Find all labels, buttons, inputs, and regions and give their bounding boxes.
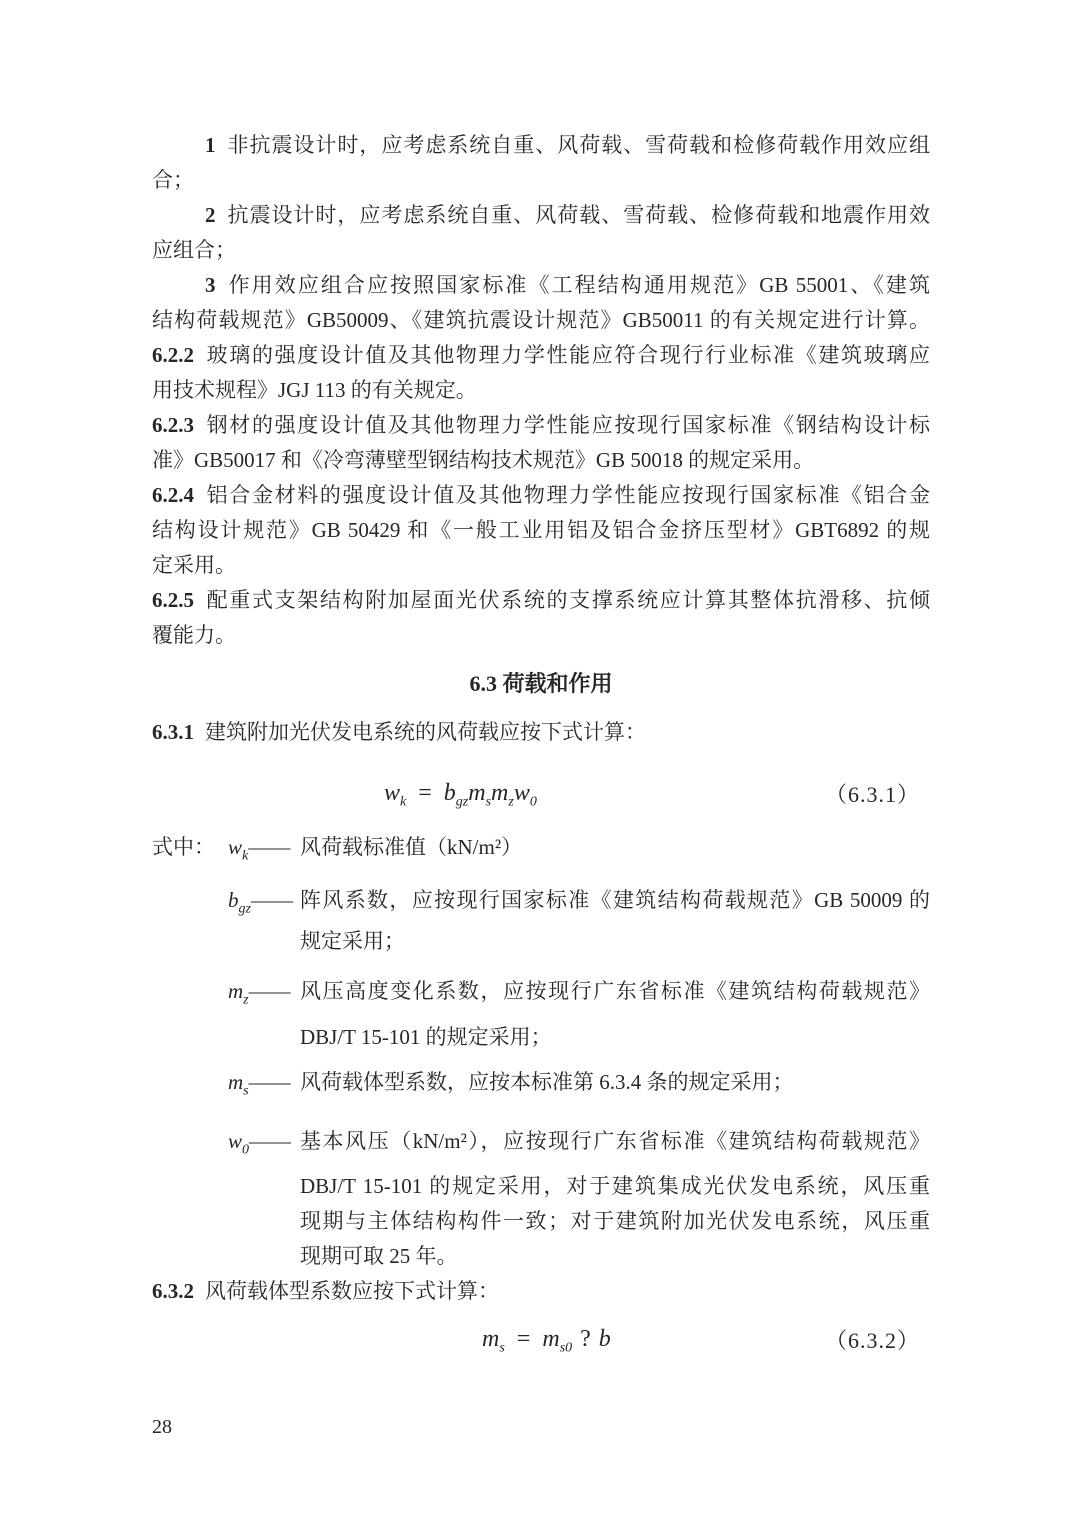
var: w <box>228 1129 242 1153</box>
symbol-w0: w0—— <box>228 1124 300 1274</box>
definition-row-ms: ms—— 风荷载体型系数，应按本标准第 6.3.4 条的规定采用； <box>228 1065 930 1100</box>
definition-line: 风荷载标准值（kN/m²） <box>300 830 930 865</box>
definition-line: 现期可取 25 年。 <box>300 1239 930 1274</box>
definition-line: 阵风系数，应按现行国家标准《建筑结构荷载规范》GB 50009 的 <box>300 883 930 918</box>
definition-text: 阵风系数，应按现行国家标准《建筑结构荷载规范》GB 50009 的规定采用； <box>300 883 930 959</box>
page-body: 1非抗震设计时，应考虑系统自重、风荷载、雪荷载和检修荷载作用效应组 合； 2抗震… <box>152 128 930 1359</box>
where-label: 式中： <box>152 830 228 865</box>
symbol-wk: wk—— <box>228 830 300 865</box>
page-number: 28 <box>152 1413 172 1441</box>
text-line: 准》GB50017 和《冷弯薄壁型钢结构技术规范》GB 50018 的规定采用。 <box>152 448 814 472</box>
clause-6-2-2-line-1: 6.2.2玻璃的强度设计值及其他物理力学性能应符合现行行业标准《建筑玻璃应 <box>152 338 930 373</box>
text-line: 用技术规程》JGJ 113 的有关规定。 <box>152 378 477 402</box>
var: b <box>599 1326 611 1352</box>
definition-row-wk: 式中： wk—— 风荷载标准值（kN/m²） <box>152 830 930 865</box>
var: m <box>228 979 243 1003</box>
var: m <box>491 780 508 806</box>
clause-6-2-3-line-2: 准》GB50017 和《冷弯薄壁型钢结构技术规范》GB 50018 的规定采用。 <box>152 443 930 478</box>
text-line: 合； <box>152 168 194 192</box>
list-number: 1 <box>205 133 216 157</box>
text-line: 抗震设计时，应考虑系统自重、风荷载、雪荷载、检修荷载和地震作用效 <box>227 203 931 227</box>
text-line: 结构设计规范》GB 50429 和《一般工业用铝及铝合金挤压型材》GBT6892… <box>152 518 930 542</box>
text-line: 铝合金材料的强度设计值及其他物理力学性能应按现行国家标准《铝合金 <box>205 483 930 507</box>
symbol-mz: mz—— <box>228 974 300 1055</box>
definition-line: 现期与主体结构构件一致；对于建筑附加光伏发电系统，风压重 <box>300 1204 930 1239</box>
definition-line: DBJ/T 15-101 的规定采用； <box>300 1020 930 1055</box>
clause-number: 6.2.3 <box>152 413 194 437</box>
var-sub: gz <box>239 902 251 917</box>
var-sub: s <box>499 1340 504 1355</box>
symbol-bgz: bgz—— <box>228 883 300 959</box>
definition-line: 基本风压（kN/m²），应按现行广东省标准《建筑结构荷载规范》 <box>300 1124 930 1159</box>
clause-number: 6.2.5 <box>152 588 194 612</box>
var: b <box>444 780 456 806</box>
list-item-2-line-2: 应组合； <box>152 233 930 268</box>
text-line: 风荷载体型系数应按下式计算： <box>205 1279 499 1303</box>
text-line: 作用效应组合应按照国家标准《工程结构通用规范》GB 55001、《建筑 <box>227 273 931 297</box>
text-line: 玻璃的强度设计值及其他物理力学性能应符合现行行业标准《建筑玻璃应 <box>205 343 930 367</box>
symbol-ms: ms—— <box>228 1065 300 1100</box>
definition-row-bgz: bgz—— 阵风系数，应按现行国家标准《建筑结构荷载规范》GB 50009 的规… <box>228 883 930 959</box>
clause-6-2-4-line-3: 定采用。 <box>152 548 930 583</box>
list-item-3-line-2: 结构荷载规范》GB50009、《建筑抗震设计规范》GB50011 的有关规定进行… <box>152 303 930 338</box>
definition-row-w0: w0—— 基本风压（kN/m²），应按现行广东省标准《建筑结构荷载规范》DBJ/… <box>228 1124 930 1274</box>
operator: ? <box>580 1326 591 1352</box>
var-sub: gz <box>456 794 468 809</box>
definition-line: DBJ/T 15-101 的规定采用，对于建筑集成光伏发电系统，风压重 <box>300 1169 930 1204</box>
definition-text: 风压高度变化系数，应按现行广东省标准《建筑结构荷载规范》DBJ/T 15-101… <box>300 974 930 1055</box>
equation-number: （6.3.2） <box>825 1324 920 1355</box>
var: w <box>384 780 400 806</box>
list-item-2-line-1: 2抗震设计时，应考虑系统自重、风荷载、雪荷载、检修荷载和地震作用效 <box>152 198 930 233</box>
clause-number: 6.2.4 <box>152 483 194 507</box>
definition-text: 风荷载标准值（kN/m²） <box>300 830 930 865</box>
var: m <box>228 1070 243 1094</box>
clause-6-2-2-line-2: 用技术规程》JGJ 113 的有关规定。 <box>152 373 930 408</box>
var-sub: 0 <box>242 1143 249 1158</box>
clause-number: 6.3.1 <box>152 720 194 744</box>
text-line: 定采用。 <box>152 553 236 577</box>
leader-dash: —— <box>248 835 290 859</box>
leader-dash: —— <box>249 1129 291 1153</box>
definition-text: 基本风压（kN/m²），应按现行广东省标准《建筑结构荷载规范》DBJ/T 15-… <box>300 1124 930 1274</box>
leader-dash: —— <box>249 1070 291 1094</box>
var: b <box>228 888 239 912</box>
formula-6-3-1-row: wk=bgzmsmzw0 （6.3.1） <box>152 768 930 818</box>
text-line: 应组合； <box>152 238 236 262</box>
list-item-1-line-1: 1非抗震设计时，应考虑系统自重、风荷载、雪荷载和检修荷载作用效应组 <box>152 128 930 163</box>
var-sub: s0 <box>560 1340 572 1355</box>
text-line: 配重式支架结构附加屋面光伏系统的支撑系统应计算其整体抗滑移、抗倾 <box>205 588 930 612</box>
var-sub: 0 <box>530 794 537 809</box>
var: m <box>482 1326 499 1352</box>
formula-6-3-2-row: ms=ms0?b （6.3.2） <box>152 1319 930 1359</box>
list-number: 2 <box>205 203 216 227</box>
definition-line: 风荷载体型系数，应按本标准第 6.3.4 条的规定采用； <box>300 1065 930 1100</box>
clause-number: 6.2.2 <box>152 343 194 367</box>
text-line: 结构荷载规范》GB50009、《建筑抗震设计规范》GB50011 的有关规定进行… <box>152 308 930 332</box>
clause-6-3-1-line: 6.3.1建筑附加光伏发电系统的风荷载应按下式计算： <box>152 715 930 750</box>
list-item-1-line-2: 合； <box>152 163 930 198</box>
equation-number: （6.3.1） <box>825 778 920 809</box>
clause-6-2-4-line-1: 6.2.4铝合金材料的强度设计值及其他物理力学性能应按现行国家标准《铝合金 <box>152 478 930 513</box>
var: w <box>228 835 242 859</box>
leader-dash: —— <box>249 979 291 1003</box>
definition-text: 风荷载体型系数，应按本标准第 6.3.4 条的规定采用； <box>300 1065 930 1100</box>
list-item-3-line-1: 3作用效应组合应按照国家标准《工程结构通用规范》GB 55001、《建筑 <box>152 268 930 303</box>
text-line: 非抗震设计时，应考虑系统自重、风荷载、雪荷载和检修荷载作用效应组 <box>227 133 931 157</box>
var: m <box>542 1326 559 1352</box>
clause-6-2-5-line-1: 6.2.5配重式支架结构附加屋面光伏系统的支撑系统应计算其整体抗滑移、抗倾 <box>152 583 930 618</box>
clause-6-3-2-line: 6.3.2风荷载体型系数应按下式计算： <box>152 1274 930 1309</box>
section-6-3-heading: 6.3 荷载和作用 <box>152 666 930 701</box>
formula-6-3-2: ms=ms0?b <box>482 1326 611 1353</box>
text-line: 钢材的强度设计值及其他物理力学性能应按现行国家标准《钢结构设计标 <box>205 413 930 437</box>
definition-line: 规定采用； <box>300 924 930 959</box>
text-line: 建筑附加光伏发电系统的风荷载应按下式计算： <box>205 720 646 744</box>
text-line: 覆能力。 <box>152 623 236 647</box>
clause-6-2-5-line-2: 覆能力。 <box>152 618 930 653</box>
leader-dash: —— <box>251 888 293 912</box>
var: m <box>468 780 485 806</box>
equals-sign: = <box>418 780 432 806</box>
formula-6-3-1: wk=bgzmsmzw0 <box>384 780 537 807</box>
document-page: 1非抗震设计时，应考虑系统自重、风荷载、雪荷载和检修荷载作用效应组 合； 2抗震… <box>0 0 1080 1527</box>
list-number: 3 <box>205 273 216 297</box>
definition-row-mz: mz—— 风压高度变化系数，应按现行广东省标准《建筑结构荷载规范》DBJ/T 1… <box>228 974 930 1055</box>
clause-6-2-3-line-1: 6.2.3钢材的强度设计值及其他物理力学性能应按现行国家标准《钢结构设计标 <box>152 408 930 443</box>
clause-6-2-4-line-2: 结构设计规范》GB 50429 和《一般工业用铝及铝合金挤压型材》GBT6892… <box>152 513 930 548</box>
definition-line: 风压高度变化系数，应按现行广东省标准《建筑结构荷载规范》 <box>300 974 930 1009</box>
var-sub: k <box>400 794 406 809</box>
var: w <box>514 780 530 806</box>
clause-number: 6.3.2 <box>152 1279 194 1303</box>
equals-sign: = <box>517 1326 531 1352</box>
